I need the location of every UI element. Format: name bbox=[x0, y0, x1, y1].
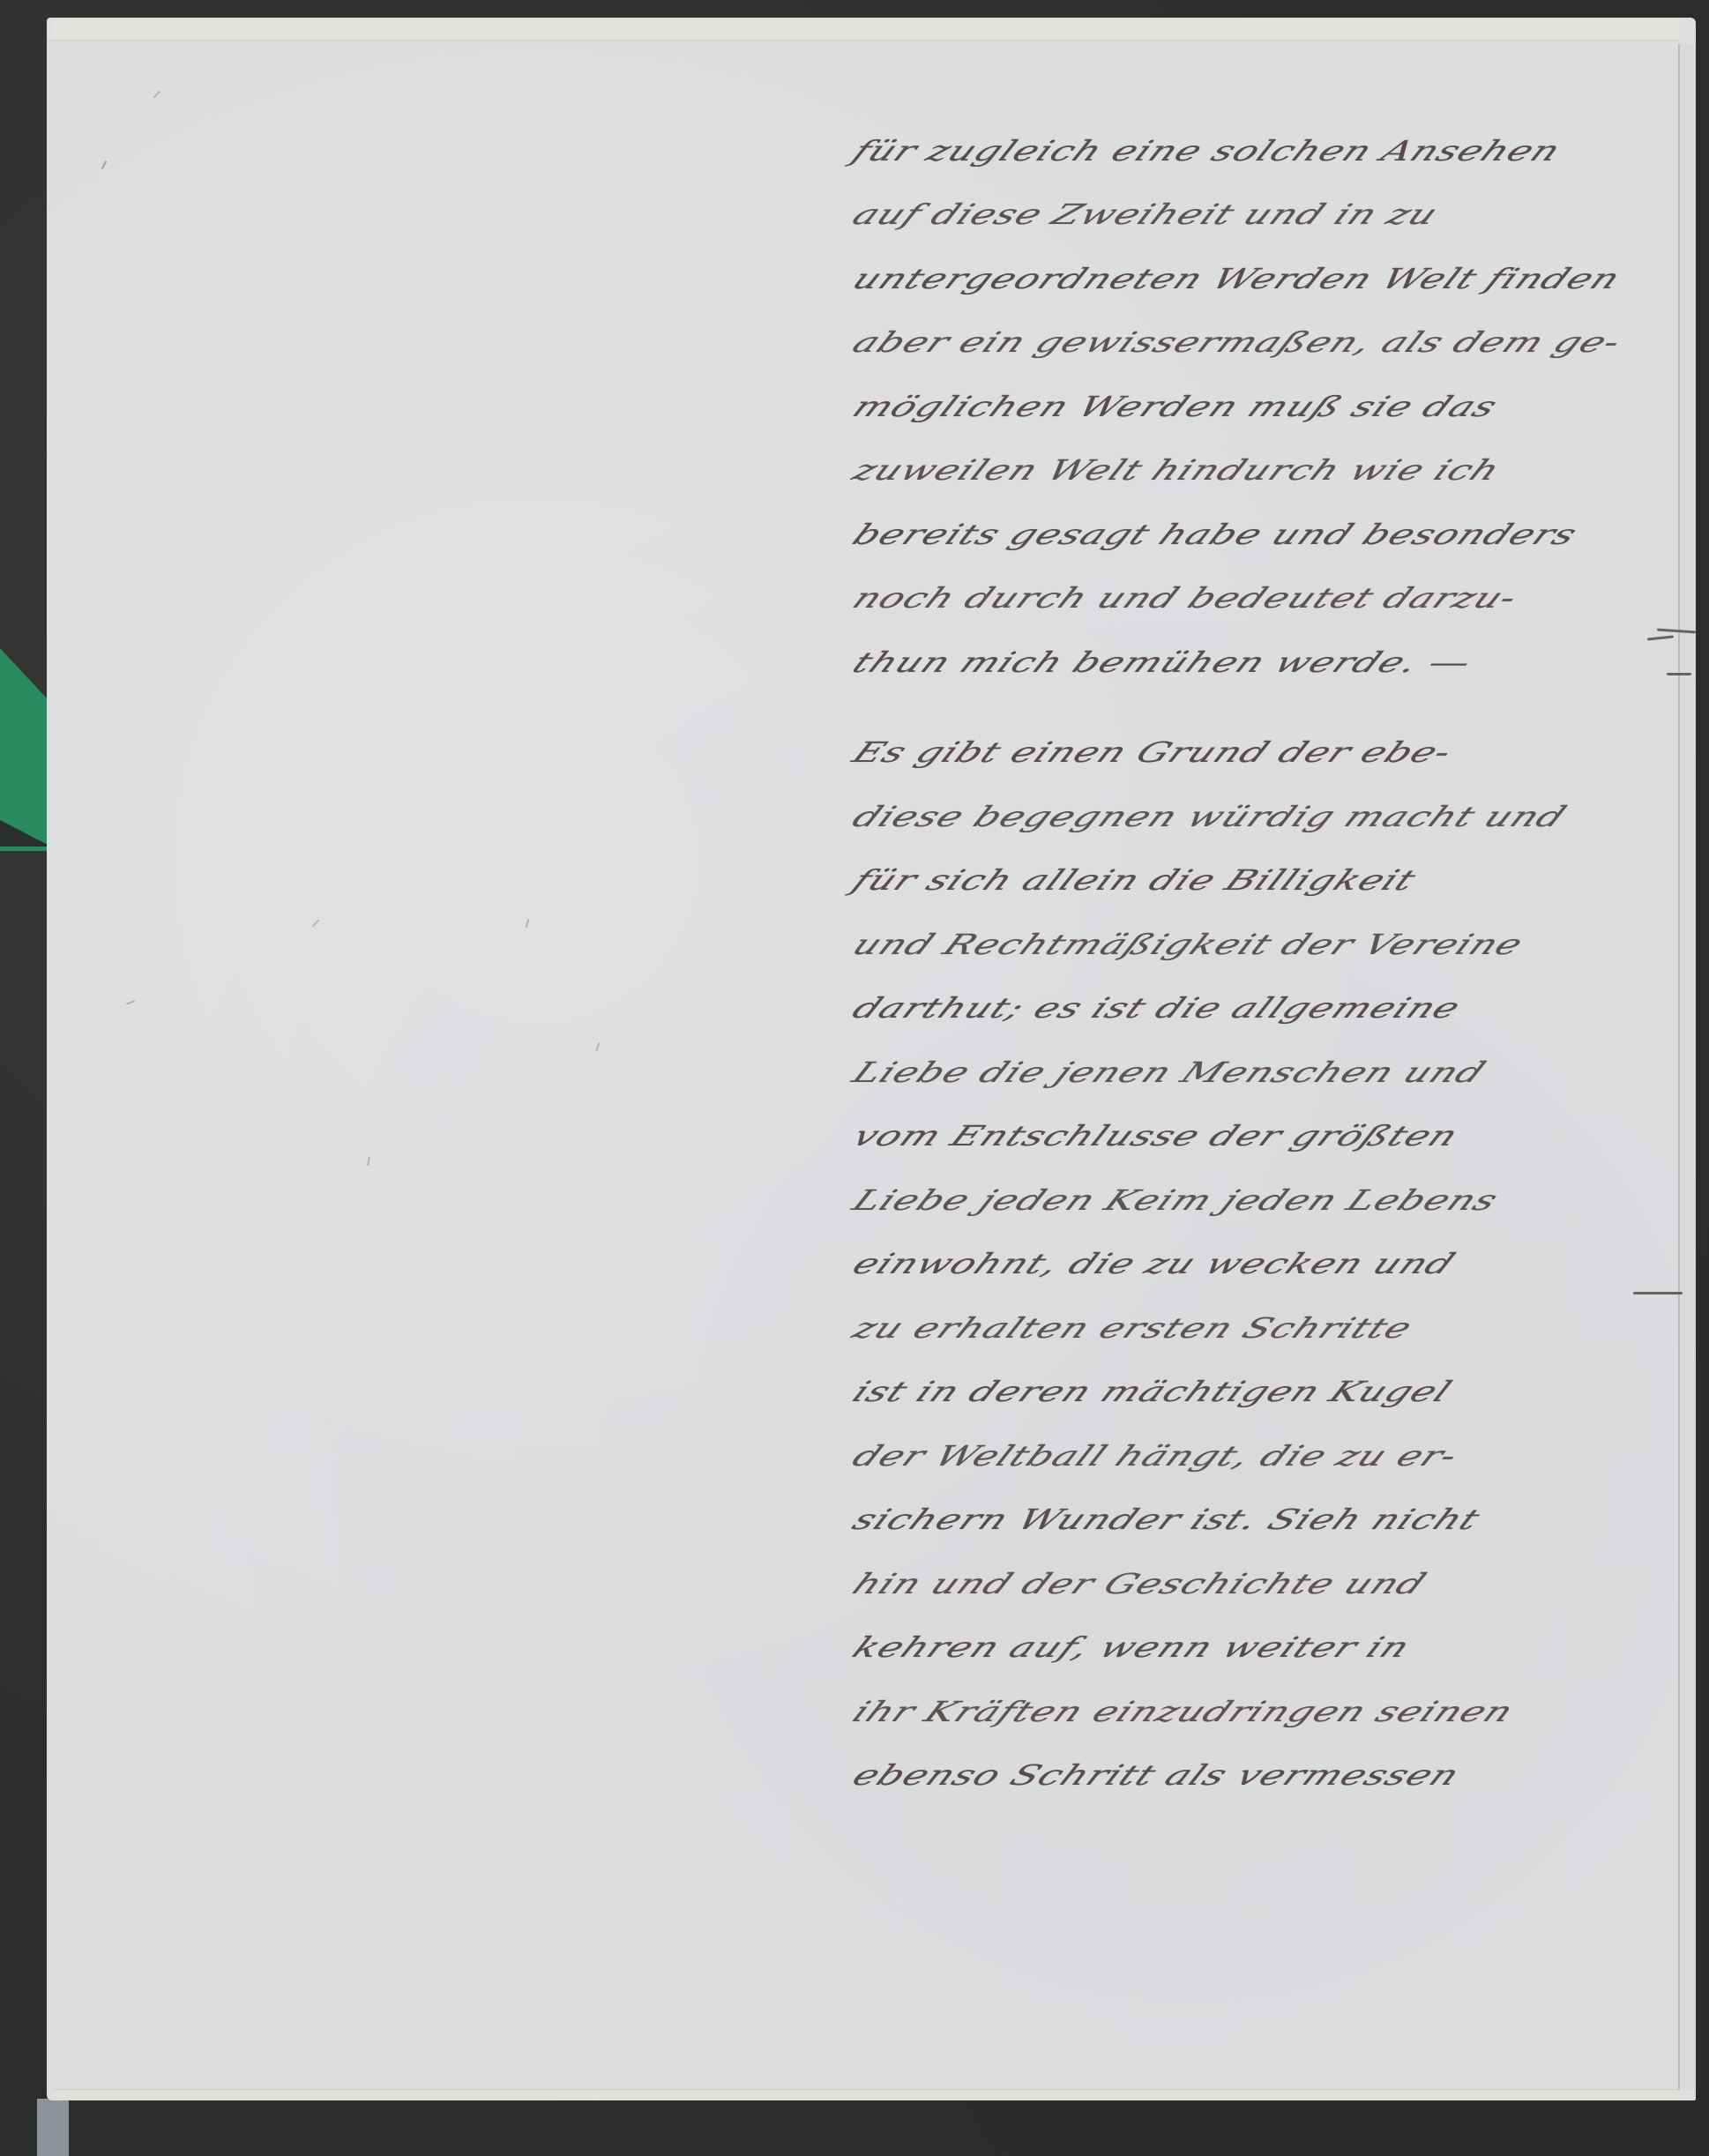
text-line: Liebe die jenen Menschen und bbox=[842, 1023, 1636, 1087]
text-line: ebenso Schritt als vermessen bbox=[842, 1727, 1636, 1791]
text-line: zuweilen Welt hindurch wie ich bbox=[842, 422, 1636, 486]
margin-dash-mark bbox=[1667, 673, 1691, 675]
paragraph-2: Es gibt einen Grund der ebe- diese begeg… bbox=[842, 704, 1636, 1791]
text-line: thun mich bemühen werde. — bbox=[842, 613, 1636, 677]
text-line: noch durch und bedeutet darzu- bbox=[842, 549, 1636, 614]
text-line: darthut; es ist die allgemeine bbox=[842, 959, 1636, 1024]
text-line: diese begegnen würdig macht und bbox=[842, 767, 1636, 832]
paper-fiber bbox=[312, 920, 319, 927]
paper-fiber bbox=[101, 160, 108, 169]
text-line: Es gibt einen Grund der ebe- bbox=[842, 704, 1636, 768]
text-line: Liebe jeden Keim jeden Lebens bbox=[842, 1151, 1636, 1215]
paper-fiber bbox=[126, 1000, 135, 1004]
text-line: kehren auf, wenn weiter in bbox=[842, 1599, 1636, 1663]
text-line: sichern Wunder ist. Sieh nicht bbox=[842, 1471, 1636, 1535]
text-line: einwohnt, die zu wecken und bbox=[842, 1215, 1636, 1279]
text-line: möglichen Werden muß sie das bbox=[842, 357, 1636, 422]
text-line: zu erhalten ersten Schritte bbox=[842, 1279, 1636, 1343]
paper-fiber bbox=[153, 91, 160, 98]
paragraph-1: für zugleich eine solchen Ansehen auf di… bbox=[842, 101, 1636, 677]
text-line: für sich allein die Billigkeit bbox=[842, 832, 1636, 896]
paper-fiber bbox=[367, 1157, 370, 1166]
text-line: und Rechtmäßigkeit der Vereine bbox=[842, 895, 1636, 959]
handwritten-text-column: für zugleich eine solchen Ansehen auf di… bbox=[842, 101, 1636, 1790]
text-line: vom Entschlusse der größten bbox=[842, 1087, 1636, 1152]
page-edge-crease bbox=[1678, 44, 1680, 2090]
margin-dash-mark bbox=[1633, 1292, 1683, 1294]
text-line: ist in deren mächtigen Kugel bbox=[842, 1343, 1636, 1407]
text-line: untergeordneten Werden Welt finden bbox=[842, 229, 1636, 294]
text-line: aber ein gewissermaßen, als dem ge- bbox=[842, 294, 1636, 358]
text-line: bereits gesagt habe und besonders bbox=[842, 485, 1636, 549]
paper-fiber bbox=[595, 1042, 600, 1051]
text-line: für zugleich eine solchen Ansehen bbox=[842, 101, 1636, 166]
right-page-flap bbox=[1681, 44, 1696, 2090]
text-line: hin und der Geschichte und bbox=[842, 1534, 1636, 1599]
text-line: ihr Kräften einzudringen seinen bbox=[842, 1662, 1636, 1727]
paper-fiber bbox=[526, 919, 530, 928]
text-line: auf diese Zweiheit und in zu bbox=[842, 166, 1636, 230]
text-line: der Weltball hängt, die zu er- bbox=[842, 1406, 1636, 1471]
color-calibration-strip bbox=[37, 2099, 69, 2156]
bottom-page-edge bbox=[52, 2089, 1678, 2100]
top-page-fold bbox=[52, 18, 1678, 40]
